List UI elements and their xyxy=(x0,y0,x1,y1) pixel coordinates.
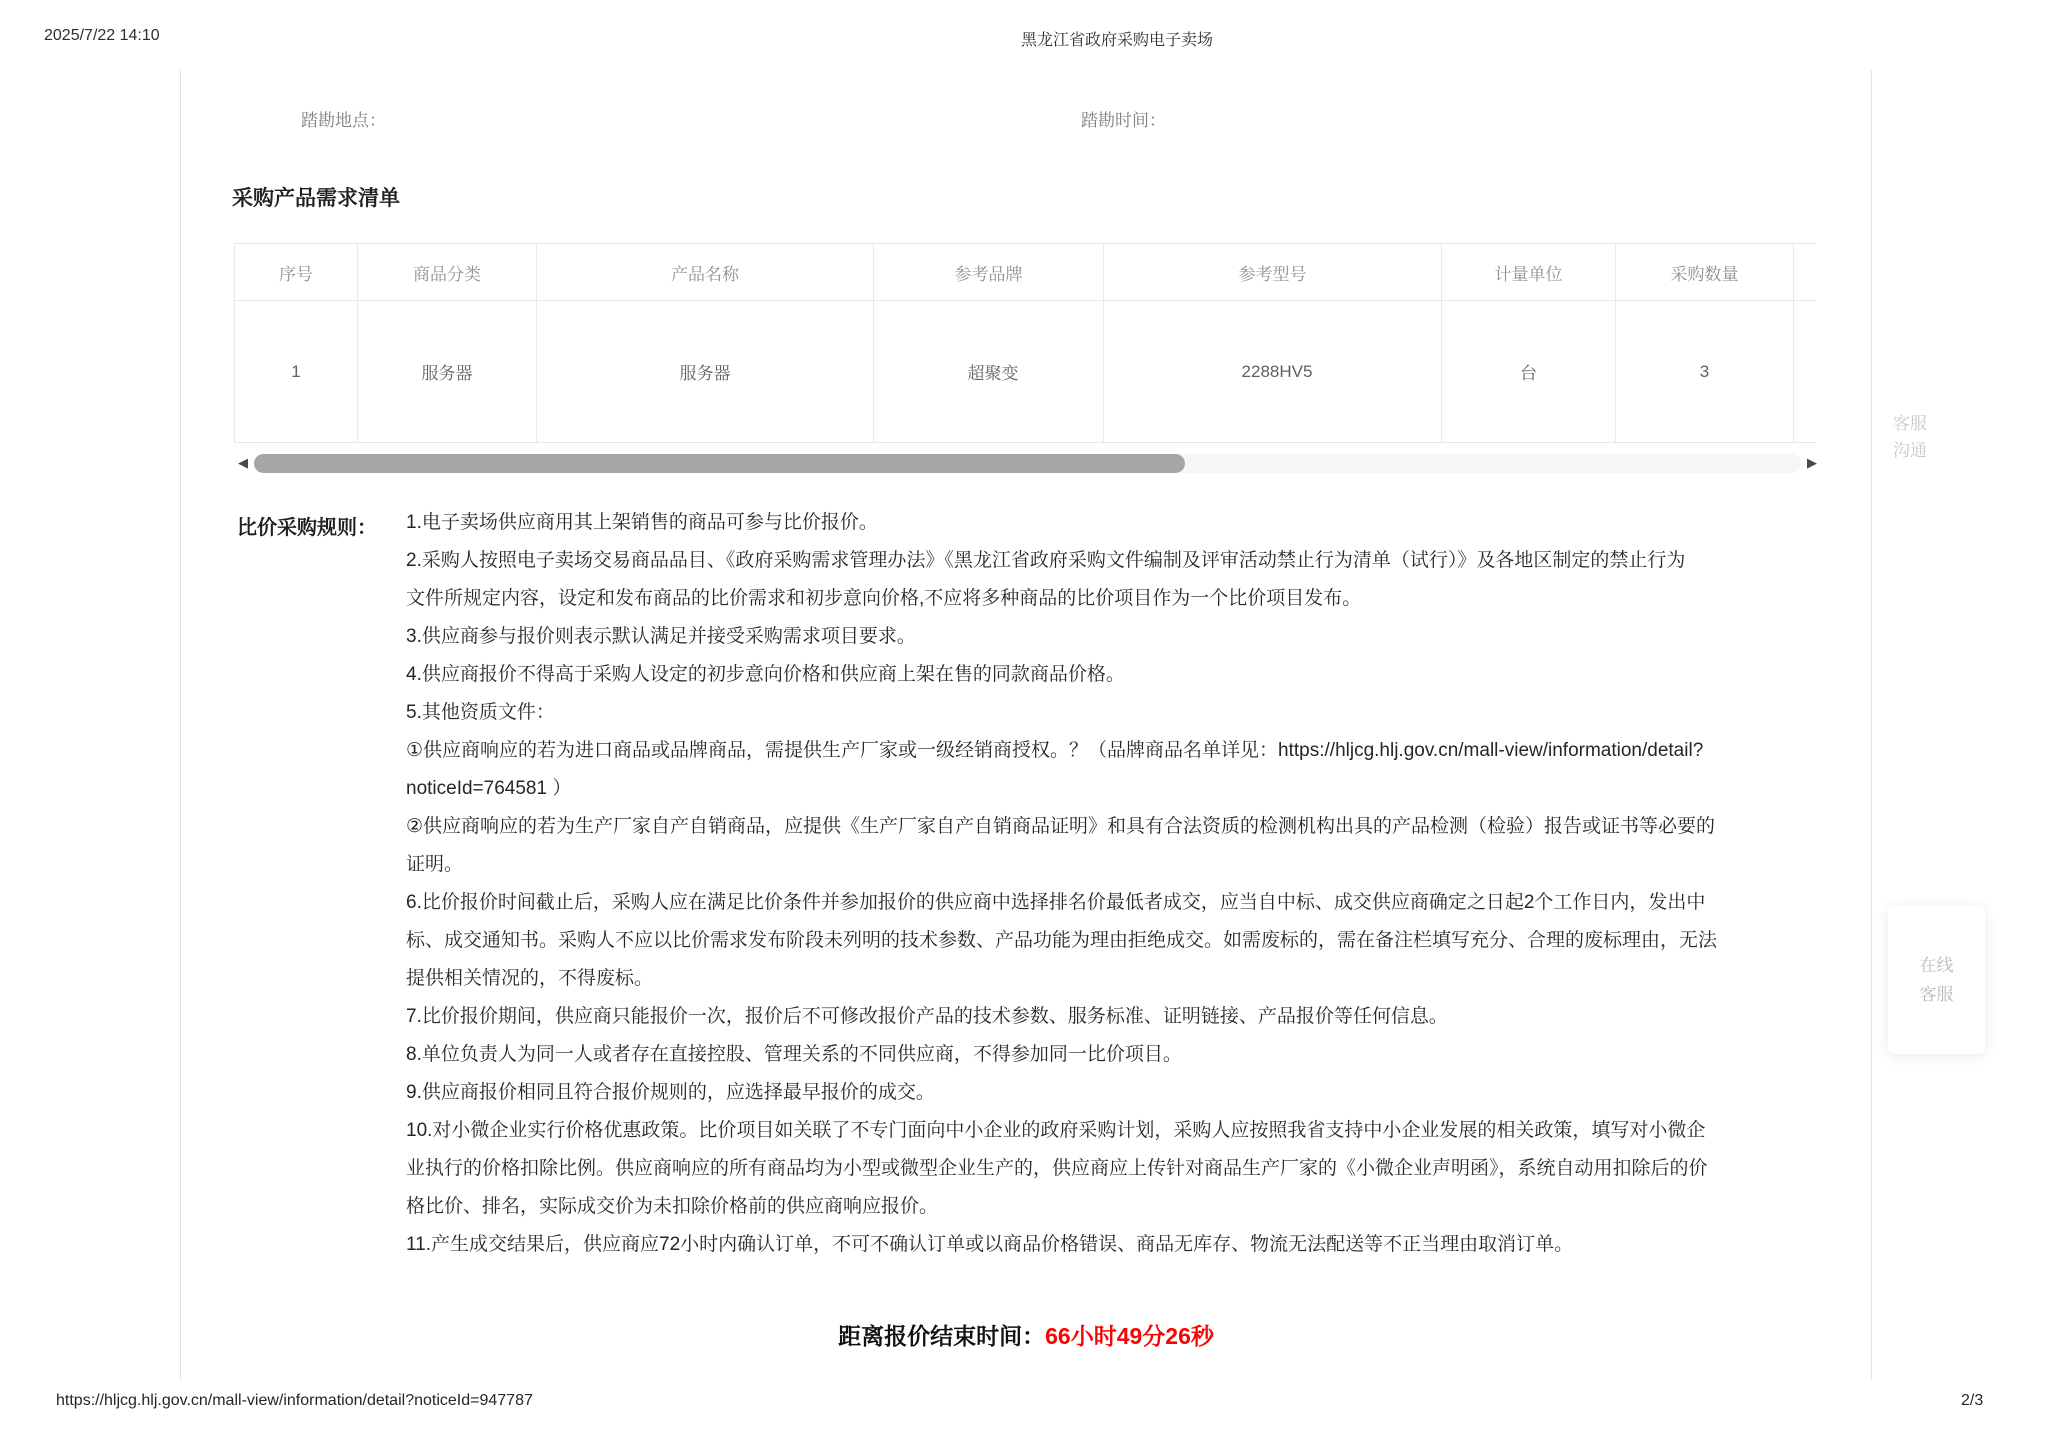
cell-clipped xyxy=(1794,301,1817,443)
rule-line: 7.比价报价期间，供应商只能报价一次，报价后不可修改报价产品的技术参数、服务标准… xyxy=(406,998,1856,1036)
online-cs-line1: 在线 xyxy=(1920,951,1954,980)
rule-line: 11.产生成交结果后，供应商应72小时内确认订单，不可不确认订单或以商品价格错误… xyxy=(406,1226,1856,1264)
rule-line: 2.采购人按照电子卖场交易商品品目、《政府采购需求管理办法》《黑龙江省政府采购文… xyxy=(406,542,1856,580)
survey-location-label: 踏勘地点： xyxy=(301,106,386,131)
cell-ref-brand: 超聚变 xyxy=(874,301,1104,443)
quote-countdown: 距离报价结束时间：66小时49分26秒 xyxy=(181,1318,1871,1351)
col-header-index: 序号 xyxy=(235,244,358,301)
product-table-viewport[interactable]: 序号 商品分类 产品名称 参考品牌 参考型号 计量单位 采购数量 是 1 服务器… xyxy=(234,243,1816,444)
rules-label: 比价采购规则： xyxy=(237,511,377,540)
content-container: 踏勘地点： 踏勘时间： 采购产品需求清单 序号 商品分类 产品名称 参考品牌 参… xyxy=(180,70,1872,1380)
rule-line: 5.其他资质文件： xyxy=(406,694,1856,732)
horizontal-scrollbar-track[interactable] xyxy=(254,454,1801,473)
table-row: 1 服务器 服务器 超聚变 2288HV5 台 3 xyxy=(235,301,1817,443)
cell-ref-model: 2288HV5 xyxy=(1104,301,1442,443)
rule-line: 格比价、排名，实际成交价为未扣除价格前的供应商响应报价。 xyxy=(406,1188,1856,1226)
cs-chat-line2: 沟通 xyxy=(1893,437,1937,464)
cell-unit: 台 xyxy=(1442,301,1616,443)
cell-quantity: 3 xyxy=(1616,301,1794,443)
col-header-ref-brand: 参考品牌 xyxy=(874,244,1104,301)
product-table: 序号 商品分类 产品名称 参考品牌 参考型号 计量单位 采购数量 是 1 服务器… xyxy=(234,243,1816,443)
print-timestamp: 2025/7/22 14:10 xyxy=(44,27,160,45)
rule-line: ①供应商响应的若为进口商品或品牌商品，需提供生产厂家或一级经销商授权。？（品牌商… xyxy=(406,732,1856,770)
table-header-row: 序号 商品分类 产品名称 参考品牌 参考型号 计量单位 采购数量 是 xyxy=(235,244,1817,301)
page-title: 黑龙江省政府采购电子卖场 xyxy=(1021,27,1213,50)
cell-category: 服务器 xyxy=(358,301,537,443)
col-header-product-name: 产品名称 xyxy=(537,244,874,301)
rule-line: 3.供应商参与报价则表示默认满足并接受采购需求项目要求。 xyxy=(406,618,1856,656)
countdown-label: 距离报价结束时间： xyxy=(838,1323,1045,1349)
customer-service-chat-widget[interactable]: 客服 沟通 xyxy=(1893,410,1937,464)
col-header-quantity: 采购数量 xyxy=(1616,244,1794,301)
online-customer-service-button[interactable]: 在线 客服 xyxy=(1888,906,1985,1054)
rule-line: 9.供应商报价相同且符合报价规则的，应选择最早报价的成交。 xyxy=(406,1074,1856,1112)
rule-line: 标、成交通知书。采购人不应以比价需求发布阶段未列明的技术参数、产品功能为理由拒绝… xyxy=(406,922,1856,960)
col-header-unit: 计量单位 xyxy=(1442,244,1616,301)
rule-line: 4.供应商报价不得高于采购人设定的初步意向价格和供应商上架在售的同款商品价格。 xyxy=(406,656,1856,694)
cs-chat-line1: 客服 xyxy=(1893,410,1937,437)
section-heading-product-list: 采购产品需求清单 xyxy=(232,182,400,212)
rule-line: 10.对小微企业实行价格优惠政策。比价项目如关联了不专门面向中小企业的政府采购计… xyxy=(406,1112,1856,1150)
online-cs-line2: 客服 xyxy=(1920,980,1954,1009)
cell-index: 1 xyxy=(235,301,358,443)
rule-line: 8.单位负责人为同一人或者存在直接控股、管理关系的不同供应商，不得参加同一比价项… xyxy=(406,1036,1856,1074)
rule-line: 文件所规定内容，设定和发布商品的比价需求和初步意向价格,不应将多种商品的比价项目… xyxy=(406,580,1856,618)
survey-time-label: 踏勘时间： xyxy=(1081,106,1166,131)
scroll-right-arrow-icon[interactable]: ▶ xyxy=(1807,453,1817,473)
scroll-left-arrow-icon[interactable]: ◀ xyxy=(238,453,248,473)
col-header-clipped: 是 xyxy=(1794,244,1817,301)
rule-line: 提供相关情况的，不得废标。 xyxy=(406,960,1856,998)
countdown-value: 66小时49分26秒 xyxy=(1045,1323,1214,1349)
rule-line: 6.比价报价时间截止后，采购人应在满足比价条件并参加报价的供应商中选择排名价最低… xyxy=(406,884,1856,922)
rule-line: noticeId=764581 ） xyxy=(406,770,1856,808)
col-header-ref-model: 参考型号 xyxy=(1104,244,1442,301)
col-header-category: 商品分类 xyxy=(358,244,537,301)
rule-line: ②供应商响应的若为生产厂家自产自销商品，应提供《生产厂家自产自销商品证明》和具有… xyxy=(406,808,1856,846)
print-footer-page-indicator: 2/3 xyxy=(1961,1392,1983,1410)
rule-line: 证明。 xyxy=(406,846,1856,884)
horizontal-scrollbar-thumb[interactable] xyxy=(254,454,1185,473)
rule-line: 1.电子卖场供应商用其上架销售的商品可参与比价报价。 xyxy=(406,504,1856,542)
print-footer-url: https://hljcg.hlj.gov.cn/mall-view/infor… xyxy=(56,1392,533,1410)
cell-product-name: 服务器 xyxy=(537,301,874,443)
rules-text-block: 1.电子卖场供应商用其上架销售的商品可参与比价报价。 2.采购人按照电子卖场交易… xyxy=(406,504,1856,1264)
rule-line: 业执行的价格扣除比例。供应商响应的所有商品均为小型或微型企业生产的，供应商应上传… xyxy=(406,1150,1856,1188)
